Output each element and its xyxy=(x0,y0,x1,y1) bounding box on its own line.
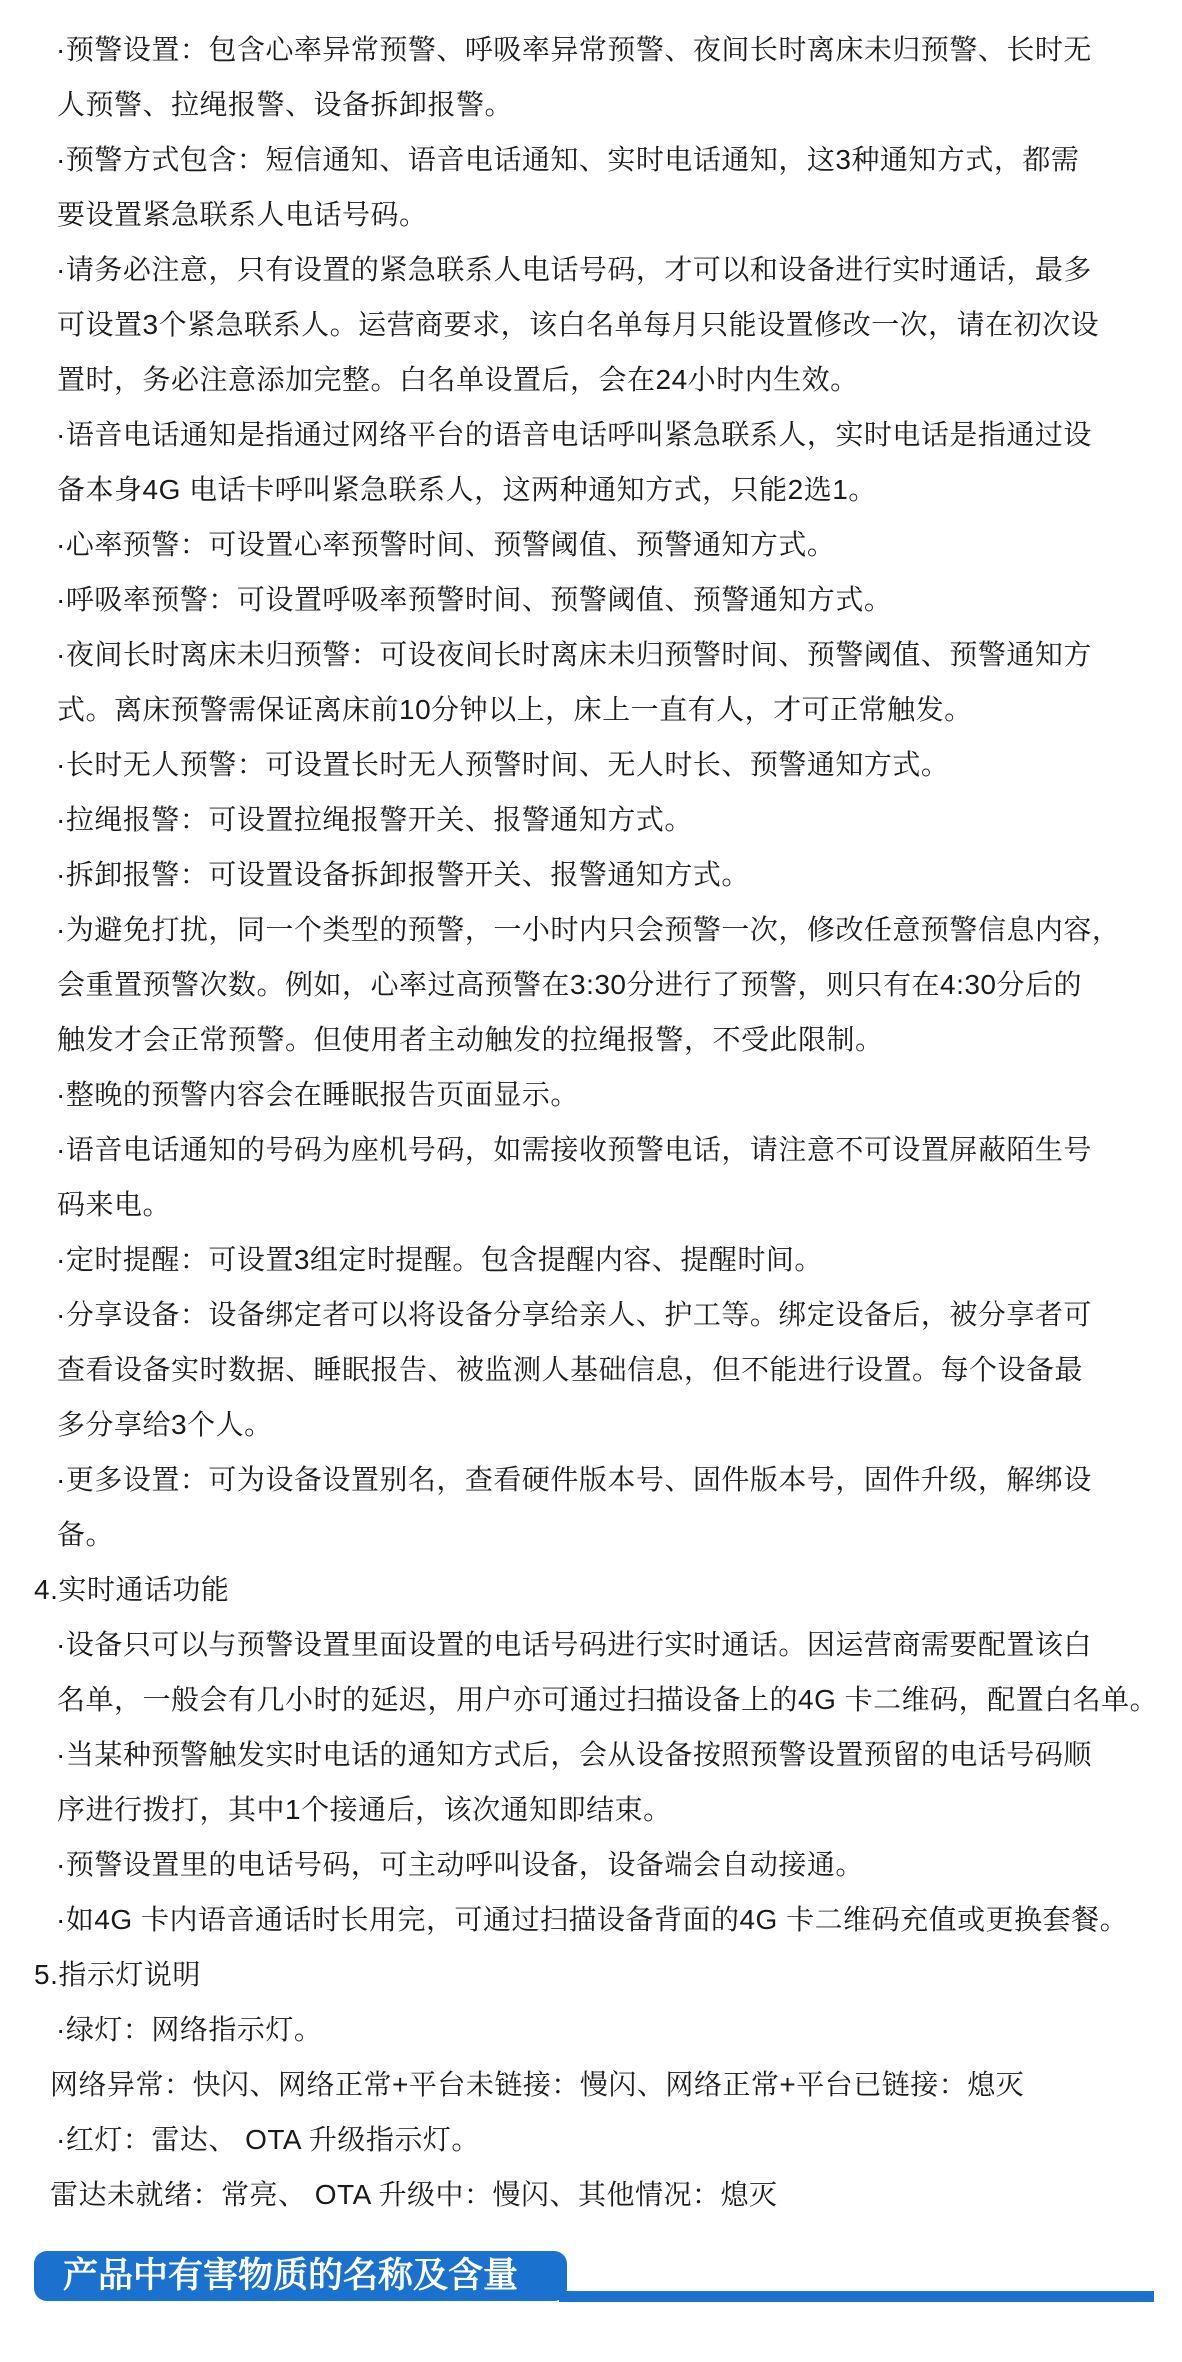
text-line: 名单，一般会有几小时的延迟，用户亦可通过扫描设备上的4G 卡二维码，配置白名单。 xyxy=(0,1672,1182,1727)
text-line: 多分享给3个人。 xyxy=(0,1397,1182,1452)
text-line: ·分享设备：设备绑定者可以将设备分享给亲人、护工等。绑定设备后，被分享者可 xyxy=(0,1287,1182,1342)
text-line: ·为避免打扰，同一个类型的预警，一小时内只会预警一次，修改任意预警信息内容， xyxy=(0,902,1182,957)
text-line: ·设备只可以与预警设置里面设置的电话号码进行实时通话。因运营商需要配置该白 xyxy=(0,1617,1182,1672)
section-banner-pill: 产品中有害物质的名称及含量 xyxy=(34,2251,567,2301)
text-line: 码来电。 xyxy=(0,1177,1182,1232)
text-line: ·拉绳报警：可设置拉绳报警开关、报警通知方式。 xyxy=(0,792,1182,847)
text-line: ·呼吸率预警：可设置呼吸率预警时间、预警阈值、预警通知方式。 xyxy=(0,572,1182,627)
text-line: ·定时提醒：可设置3组定时提醒。包含提醒内容、提醒时间。 xyxy=(0,1232,1182,1287)
text-line: 式。离床预警需保证离床前10分钟以上，床上一直有人，才可正常触发。 xyxy=(0,682,1182,737)
text-line: 备本身4G 电话卡呼叫紧急联系人，这两种通知方式，只能2选1。 xyxy=(0,462,1182,517)
section-heading: 5.指示灯说明 xyxy=(0,1947,1182,2002)
text-line: 触发才会正常预警。但使用者主动触发的拉绳报警，不受此限制。 xyxy=(0,1012,1182,1067)
text-line: ·请务必注意，只有设置的紧急联系人电话号码，才可以和设备进行实时通话，最多 xyxy=(0,242,1182,297)
text-line: 备。 xyxy=(0,1507,1182,1562)
text-line: ·预警方式包含：短信通知、语音电话通知、实时电话通知，这3种通知方式，都需 xyxy=(0,132,1182,187)
text-line: 序进行拨打，其中1个接通后，该次通知即结束。 xyxy=(0,1782,1182,1837)
text-line: ·更多设置：可为设备设置别名，查看硬件版本号、固件版本号，固件升级，解绑设 xyxy=(0,1452,1182,1507)
text-line: ·整晚的预警内容会在睡眠报告页面显示。 xyxy=(0,1067,1182,1122)
text-line: 要设置紧急联系人电话号码。 xyxy=(0,187,1182,242)
text-line: ·当某种预警触发实时电话的通知方式后，会从设备按照预警设置预留的电话号码顺 xyxy=(0,1727,1182,1782)
text-line: 查看设备实时数据、睡眠报告、被监测人基础信息，但不能进行设置。每个设备最 xyxy=(0,1342,1182,1397)
text-line: ·如4G 卡内语音通话时长用完，可通过扫描设备背面的4G 卡二维码充值或更换套餐… xyxy=(0,1892,1182,1947)
text-line: 会重置预警次数。例如，心率过高预警在3:30分进行了预警，则只有在4:30分后的 xyxy=(0,957,1182,1012)
text-line: ·红灯：雷达、 OTA 升级指示灯。 xyxy=(0,2112,1182,2167)
text-line: ·语音电话通知的号码为座机号码，如需接收预警电话，请注意不可设置屏蔽陌生号 xyxy=(0,1122,1182,1177)
section-banner-underline xyxy=(559,2291,1154,2302)
text-line: ·预警设置：包含心率异常预警、呼吸率异常预警、夜间长时离床未归预警、长时无 xyxy=(0,22,1182,77)
text-line: ·长时无人预警：可设置长时无人预警时间、无人时长、预警通知方式。 xyxy=(0,737,1182,792)
text-line: ·夜间长时离床未归预警：可设夜间长时离床未归预警时间、预警阈值、预警通知方 xyxy=(0,627,1182,682)
text-line: ·语音电话通知是指通过网络平台的语音电话呼叫紧急联系人，实时电话是指通过设 xyxy=(0,407,1182,462)
document-body: ·预警设置：包含心率异常预警、呼吸率异常预警、夜间长时离床未归预警、长时无人预警… xyxy=(0,22,1182,2222)
text-line: 置时，务必注意添加完整。白名单设置后，会在24小时内生效。 xyxy=(0,352,1182,407)
text-line: ·预警设置里的电话号码，可主动呼叫设备，设备端会自动接通。 xyxy=(0,1837,1182,1892)
text-line: 雷达未就绪：常亮、 OTA 升级中：慢闪、其他情况：熄灭 xyxy=(0,2167,1182,2222)
text-line: ·心率预警：可设置心率预警时间、预警阈值、预警通知方式。 xyxy=(0,517,1182,572)
section-banner-label: 产品中有害物质的名称及含量 xyxy=(63,2256,518,2295)
section-heading: 4.实时通话功能 xyxy=(0,1562,1182,1617)
product-description-page: ·预警设置：包含心率异常预警、呼吸率异常预警、夜间长时离床未归预警、长时无人预警… xyxy=(0,0,1182,2362)
text-line: 可设置3个紧急联系人。运营商要求，该白名单每月只能设置修改一次，请在初次设 xyxy=(0,297,1182,352)
text-line: ·拆卸报警：可设置设备拆卸报警开关、报警通知方式。 xyxy=(0,847,1182,902)
text-line: ·绿灯：网络指示灯。 xyxy=(0,2002,1182,2057)
section-banner: 产品中有害物质的名称及含量 xyxy=(34,2251,1154,2302)
text-line: 人预警、拉绳报警、设备拆卸报警。 xyxy=(0,77,1182,132)
text-line: 网络异常：快闪、网络正常+平台未链接：慢闪、网络正常+平台已链接：熄灭 xyxy=(0,2057,1182,2112)
